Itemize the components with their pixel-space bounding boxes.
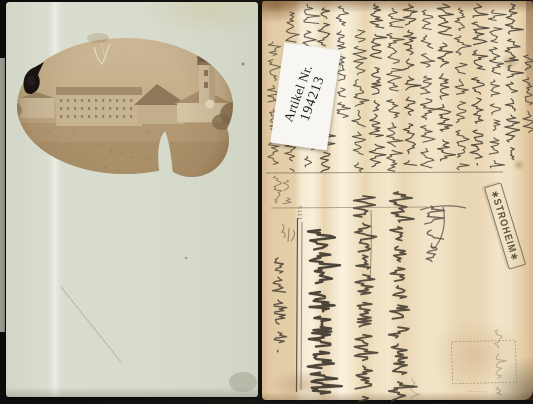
postcard-front	[6, 2, 258, 397]
postcard-product-photo: ∗STROHEIM∗ 5111 Artikel Nr. 194213	[0, 0, 533, 404]
paper-stain	[513, 159, 525, 171]
scanner-edge-sliver	[0, 58, 5, 332]
paper-stain	[262, 1, 306, 23]
light-stripe	[48, 2, 62, 397]
edge-shade	[6, 387, 258, 397]
edge-shade	[526, 1, 533, 131]
paper-stain	[136, 2, 258, 36]
printer-number: 5111	[296, 206, 302, 220]
edge-shade	[262, 392, 533, 400]
article-number-text: Artikel Nr. 194213	[281, 63, 330, 129]
paper-stain	[500, 53, 520, 71]
